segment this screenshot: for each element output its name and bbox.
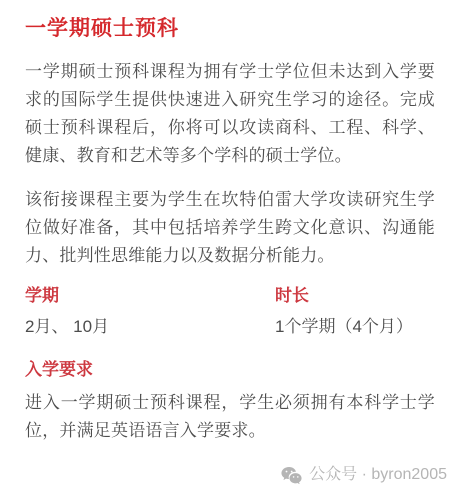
duration-value: 1个学期（4个月） [275,316,435,338]
wechat-watermark: 公众号 · byron2005 [281,465,447,485]
bridge-paragraph: 该衔接课程主要为学生在坎特伯雷大学攻读研究生学位做好准备，其中包括培养学生跨文化… [25,186,435,270]
entry-requirements-paragraph: 进入一学期硕士预科课程，学生必须拥有本科学士学位，并满足英语语言入学要求。 [25,389,435,445]
semester-label: 学期 [25,286,275,306]
entry-requirements-heading: 入学要求 [25,359,435,380]
course-details-row: 学期 2月、 10月 时长 1个学期（4个月） [25,286,435,338]
semester-value: 2月、 10月 [25,316,275,338]
article-page: 一学期硕士预科 一学期硕士预科课程为拥有学士学位但未达到入学要求的国际学生提供快… [0,0,459,495]
wechat-icon [281,466,302,484]
semester-detail: 学期 2月、 10月 [25,286,275,338]
intro-paragraph: 一学期硕士预科课程为拥有学士学位但未达到入学要求的国际学生提供快速进入研究生学习… [25,58,435,170]
watermark-label: 公众号 · byron2005 [309,465,447,485]
page-title: 一学期硕士预科 [25,16,435,42]
duration-detail: 时长 1个学期（4个月） [275,286,435,338]
duration-label: 时长 [275,286,435,306]
article-content: 一学期硕士预科 一学期硕士预科课程为拥有学士学位但未达到入学要求的国际学生提供快… [0,0,459,445]
